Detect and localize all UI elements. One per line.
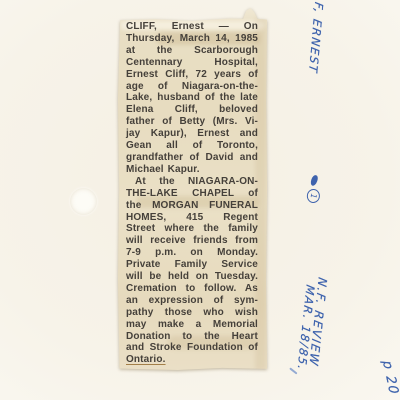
obituary-line: Centennary Hospital, [126,57,258,69]
obituary-line: jay Kapur), Ernest and [126,128,258,140]
punch-hole [70,188,97,215]
obituary-line: an expression of sym- [126,295,258,307]
obituary-line: pathy those who wish [126,307,258,319]
obituary-line: 7-9 p.m. on Monday. [126,247,258,259]
obituary-line: will be held on Tuesday. [126,271,258,283]
obituary-line: Gean all of Toronto, [126,140,258,152]
obituary-line: At the NIAGARA-ON- [126,176,258,188]
obituary-line: Ontario. [126,354,258,366]
page-number-annotation: p 20 [379,360,400,396]
obituary-line: at the Scarborough [126,45,258,57]
obituary-line: the MORGAN FUNERAL [126,200,258,212]
obituary-line: Thursday, March 14, 1985 [126,33,258,45]
newspaper-clipping: CLIFF, Ernest — OnThursday, March 14, 19… [118,8,267,370]
scanned-obituary-page: CLIFF, Ernest — OnThursday, March 14, 19… [0,0,400,400]
ink-blob-mark [310,174,319,186]
obituary-line: CLIFF, Ernest — On [126,21,258,33]
obituary-line: Private Family Service [126,259,258,271]
obituary-line: Street where the family [126,223,258,235]
handwritten-name-annotation: F, ERNEST [306,1,326,75]
obituary-line: HOMES, 415 Regent [126,212,258,224]
obituary-line: Ernest Cliff, 72 years of [126,69,258,81]
clipping-paper: CLIFF, Ernest — OnThursday, March 14, 19… [118,8,267,370]
obituary-line: age of Niagara-on-the- [126,81,258,93]
obituary-line: Michael Kapur. [126,164,258,176]
obituary-line: will receive friends from [126,235,258,247]
obituary-line: grandfather of David and [126,152,258,164]
obituary-line: Cremation to follow. As [126,283,258,295]
clip-number-mark: 1 [306,174,321,203]
obituary-line: and Stroke Foundation of [126,342,258,354]
obituary-line: Donation to the Heart [126,331,258,343]
obituary-line: father of Betty (Mrs. Vi- [126,116,258,128]
obituary-line: Lake, husband of the late [126,92,258,104]
obituary-line: Elena Cliff, beloved [126,104,258,116]
circled-number: 1 [306,188,320,203]
obituary-text: CLIFF, Ernest — OnThursday, March 14, 19… [118,8,267,366]
obituary-line: may make a Memorial [126,319,258,331]
obituary-line: THE-LAKE CHAPEL of [126,188,258,200]
